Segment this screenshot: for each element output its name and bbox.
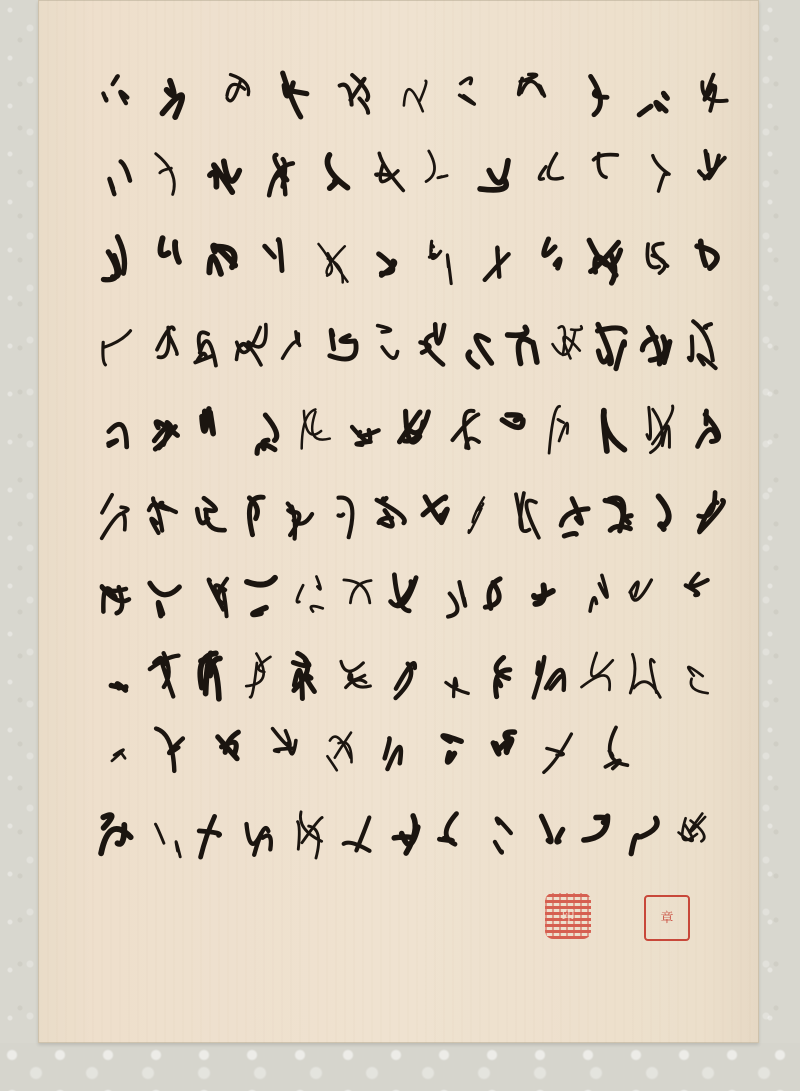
brush-character-glyph <box>637 145 681 205</box>
brush-character-glyph <box>143 565 187 625</box>
brush-character-glyph <box>691 400 735 460</box>
brush-character-glyph <box>641 400 685 460</box>
brush-character-glyph <box>527 805 571 865</box>
brush-character-glyph <box>443 400 487 460</box>
brush-character-glyph <box>239 565 283 625</box>
brush-character-glyph <box>140 315 184 375</box>
brush-character-glyph <box>143 805 187 865</box>
brush-character-glyph <box>312 230 356 290</box>
brush-character-glyph <box>691 65 735 125</box>
brush-character-glyph <box>671 645 715 705</box>
brush-character-glyph <box>191 805 235 865</box>
brush-character-glyph <box>383 805 427 865</box>
brush-character-glyph <box>203 145 247 205</box>
calligraphy-row: Calligraphy line 3 (cursive script, 12 c… <box>95 225 735 295</box>
brush-character-glyph <box>95 485 139 545</box>
brush-character-glyph <box>592 400 636 460</box>
brush-character-glyph <box>456 315 500 375</box>
brush-character-glyph <box>239 805 283 865</box>
brush-character-glyph <box>287 805 331 865</box>
brush-character-glyph <box>431 565 475 625</box>
brush-character-glyph <box>528 145 572 205</box>
brush-character-glyph <box>501 315 545 375</box>
brush-character-glyph <box>150 720 194 780</box>
calligraphy-row: Calligraphy line 4 (cursive script, 14 c… <box>95 310 725 380</box>
brush-character-glyph <box>631 65 675 125</box>
brush-character-glyph <box>365 315 409 375</box>
brush-character-glyph <box>95 145 139 205</box>
calligraphy-row: Calligraphy line 2 (cursive script, 12 c… <box>95 140 735 210</box>
seal-right: 章 <box>644 895 690 941</box>
brush-character-glyph <box>95 805 139 865</box>
seal-left: 印 <box>545 893 591 939</box>
brush-character-glyph <box>95 315 139 375</box>
brush-character-glyph <box>572 65 616 125</box>
brush-character-glyph <box>275 315 319 375</box>
brush-character-glyph <box>149 145 193 205</box>
calligraphy-row: Calligraphy signature line (cursive scri… <box>95 800 715 870</box>
brush-character-glyph <box>194 400 238 460</box>
brush-character-glyph <box>244 400 288 460</box>
brush-character-glyph <box>453 65 497 125</box>
brush-character-glyph <box>370 485 414 545</box>
brush-character-glyph <box>479 805 523 865</box>
brush-character-glyph <box>536 720 580 780</box>
brush-character-glyph <box>95 230 139 290</box>
brush-character-glyph <box>527 565 571 625</box>
brush-character-glyph <box>335 805 379 865</box>
brush-character-glyph <box>335 645 379 705</box>
brush-character-glyph <box>315 720 359 780</box>
brush-character-glyph <box>393 65 437 125</box>
brush-character-glyph <box>187 485 231 545</box>
calligraphy-row: Calligraphy line 1 (cursive script, 11 c… <box>95 60 735 130</box>
brush-character-glyph <box>145 400 189 460</box>
brush-character-glyph <box>527 645 571 705</box>
brush-character-glyph <box>623 805 667 865</box>
brush-character-glyph <box>393 400 437 460</box>
brush-character-glyph <box>528 230 572 290</box>
brush-character-glyph <box>546 315 590 375</box>
brush-character-glyph <box>366 145 410 205</box>
brush-character-glyph <box>691 485 735 545</box>
brush-character-glyph <box>681 315 725 375</box>
seal-left-text: 印 <box>561 910 574 923</box>
calligraphy-row: Calligraphy line 8 (cursive script, 13 c… <box>95 640 715 710</box>
brush-character-glyph <box>542 400 586 460</box>
brush-character-glyph <box>591 315 635 375</box>
brush-character-glyph <box>508 485 552 545</box>
brush-character-glyph <box>623 565 667 625</box>
brush-character-glyph <box>462 485 506 545</box>
brush-character-glyph <box>258 145 302 205</box>
brush-character-glyph <box>95 720 139 780</box>
brush-character-glyph <box>143 645 187 705</box>
brush-character-glyph <box>366 230 410 290</box>
silk-mount-bottom-border <box>0 1043 800 1091</box>
seal-right-text: 章 <box>660 912 673 925</box>
calligraphy-row: Calligraphy line 9 (cursive script, 10 c… <box>95 715 635 785</box>
brush-character-glyph <box>239 645 283 705</box>
brush-character-glyph <box>583 145 627 205</box>
brush-character-glyph <box>623 645 667 705</box>
brush-character-glyph <box>335 565 379 625</box>
brush-character-glyph <box>671 805 715 865</box>
brush-character-glyph <box>324 485 368 545</box>
brush-character-glyph <box>599 485 643 545</box>
brush-character-glyph <box>575 565 619 625</box>
brush-character-glyph <box>287 645 331 705</box>
brush-character-glyph <box>637 230 681 290</box>
brush-character-glyph <box>312 145 356 205</box>
brush-character-glyph <box>575 645 619 705</box>
brush-character-glyph <box>691 145 735 205</box>
calligraphy-row: Calligraphy line 5 (cursive script, 13 c… <box>95 395 735 465</box>
brush-character-glyph <box>512 65 556 125</box>
brush-character-glyph <box>95 65 139 125</box>
brush-character-glyph <box>431 805 475 865</box>
brush-character-glyph <box>141 485 185 545</box>
brush-character-glyph <box>479 565 523 625</box>
brush-character-glyph <box>371 720 415 780</box>
calligraphy-row: Calligraphy line 7 (cursive script, 13 c… <box>95 560 715 630</box>
brush-character-glyph <box>583 230 627 290</box>
brush-character-glyph <box>416 485 460 545</box>
brush-character-glyph <box>575 805 619 865</box>
brush-character-glyph <box>553 485 597 545</box>
brush-character-glyph <box>591 720 635 780</box>
brush-character-glyph <box>492 400 536 460</box>
brush-character-glyph <box>474 230 518 290</box>
brush-character-glyph <box>636 315 680 375</box>
brush-character-glyph <box>410 315 454 375</box>
brush-character-glyph <box>214 65 258 125</box>
brush-character-glyph <box>294 400 338 460</box>
brush-character-glyph <box>258 230 302 290</box>
brush-character-glyph <box>481 720 525 780</box>
brush-character-glyph <box>343 400 387 460</box>
brush-character-glyph <box>205 720 249 780</box>
brush-character-glyph <box>155 65 199 125</box>
brush-character-glyph <box>474 145 518 205</box>
brush-character-glyph <box>203 230 247 290</box>
brush-character-glyph <box>191 645 235 705</box>
calligraphy-row: Calligraphy line 6 (cursive script, 14 c… <box>95 480 735 550</box>
brush-character-glyph <box>260 720 304 780</box>
brush-character-glyph <box>320 315 364 375</box>
brush-character-glyph <box>287 565 331 625</box>
brush-character-glyph <box>233 485 277 545</box>
brush-character-glyph <box>274 65 318 125</box>
brush-character-glyph <box>479 645 523 705</box>
brush-character-glyph <box>95 565 139 625</box>
brush-character-glyph <box>230 315 274 375</box>
brush-character-glyph <box>645 485 689 545</box>
brush-character-glyph <box>333 65 377 125</box>
brush-character-glyph <box>278 485 322 545</box>
brush-character-glyph <box>185 315 229 375</box>
brush-character-glyph <box>420 230 464 290</box>
brush-character-glyph <box>420 145 464 205</box>
brush-character-glyph <box>95 645 139 705</box>
brush-character-glyph <box>691 230 735 290</box>
brush-character-glyph <box>149 230 193 290</box>
brush-character-glyph <box>191 565 235 625</box>
brush-character-glyph <box>95 400 139 460</box>
brush-character-glyph <box>431 645 475 705</box>
brush-character-glyph <box>426 720 470 780</box>
brush-character-glyph <box>383 645 427 705</box>
brush-character-glyph <box>383 565 427 625</box>
brush-character-glyph <box>671 565 715 625</box>
